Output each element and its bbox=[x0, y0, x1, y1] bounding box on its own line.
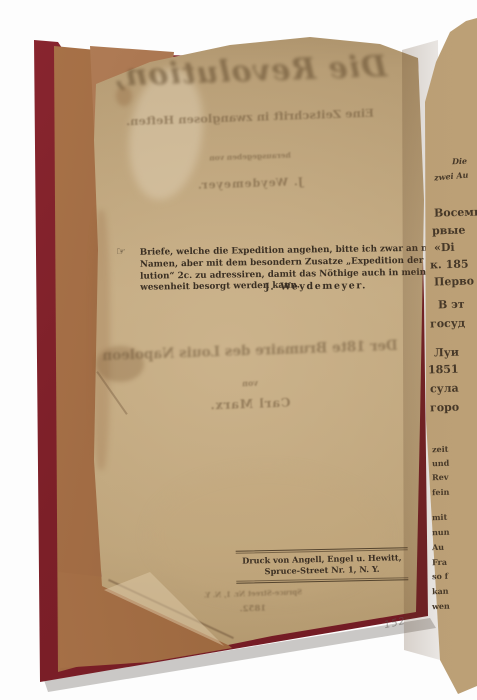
right-page-text-fragment: und bbox=[432, 458, 449, 468]
right-page-text-fragment: «Di bbox=[434, 241, 455, 255]
open-book-photo: Die Revolution, Eine Zeitschrift in zwan… bbox=[0, 0, 477, 700]
right-page-text-fragment: к. 185 bbox=[430, 257, 469, 271]
right-page-text-fragment: 1851 bbox=[428, 363, 459, 377]
right-page-text-fragment: Au bbox=[432, 542, 444, 552]
right-page-text-fragment: so f bbox=[432, 571, 448, 581]
right-page-text-fragment: kan bbox=[432, 586, 449, 596]
printer-imprint-box: Druck von Angell, Engel u. Hewitt, Spruc… bbox=[236, 547, 409, 584]
right-page-text-fragment: сула bbox=[430, 382, 459, 396]
manicule-icon: ☞ bbox=[116, 245, 126, 258]
right-page-text-fragment: nun bbox=[432, 527, 450, 537]
right-page-text-fragment: Луи bbox=[434, 346, 459, 360]
right-page-text-fragment: Восемн bbox=[434, 205, 477, 219]
right-page-text-fragment: mit bbox=[432, 512, 447, 522]
signature: J. Weydemeyer. bbox=[248, 280, 384, 293]
right-page-text-fragment: рвые bbox=[432, 224, 466, 238]
right-page-text-fragment: wen bbox=[432, 601, 450, 611]
right-page-text-fragment: fein bbox=[432, 487, 450, 497]
right-page-text-fragment: zeit bbox=[432, 444, 449, 454]
right-page-text-fragment: Перво bbox=[434, 274, 474, 288]
right-page-header-fragment: Die bbox=[452, 156, 467, 166]
right-page-text-fragment: госуд bbox=[430, 317, 465, 331]
right-page-text-fragment: Fra bbox=[432, 557, 447, 567]
right-page-text-fragment: Rev bbox=[432, 472, 449, 482]
printer-imprint-text: Druck von Angell, Engel u. Hewitt, Spruc… bbox=[236, 549, 409, 582]
right-page-text-fragment: В эт bbox=[438, 298, 465, 312]
right-page-text-fragment: горо bbox=[430, 401, 459, 415]
